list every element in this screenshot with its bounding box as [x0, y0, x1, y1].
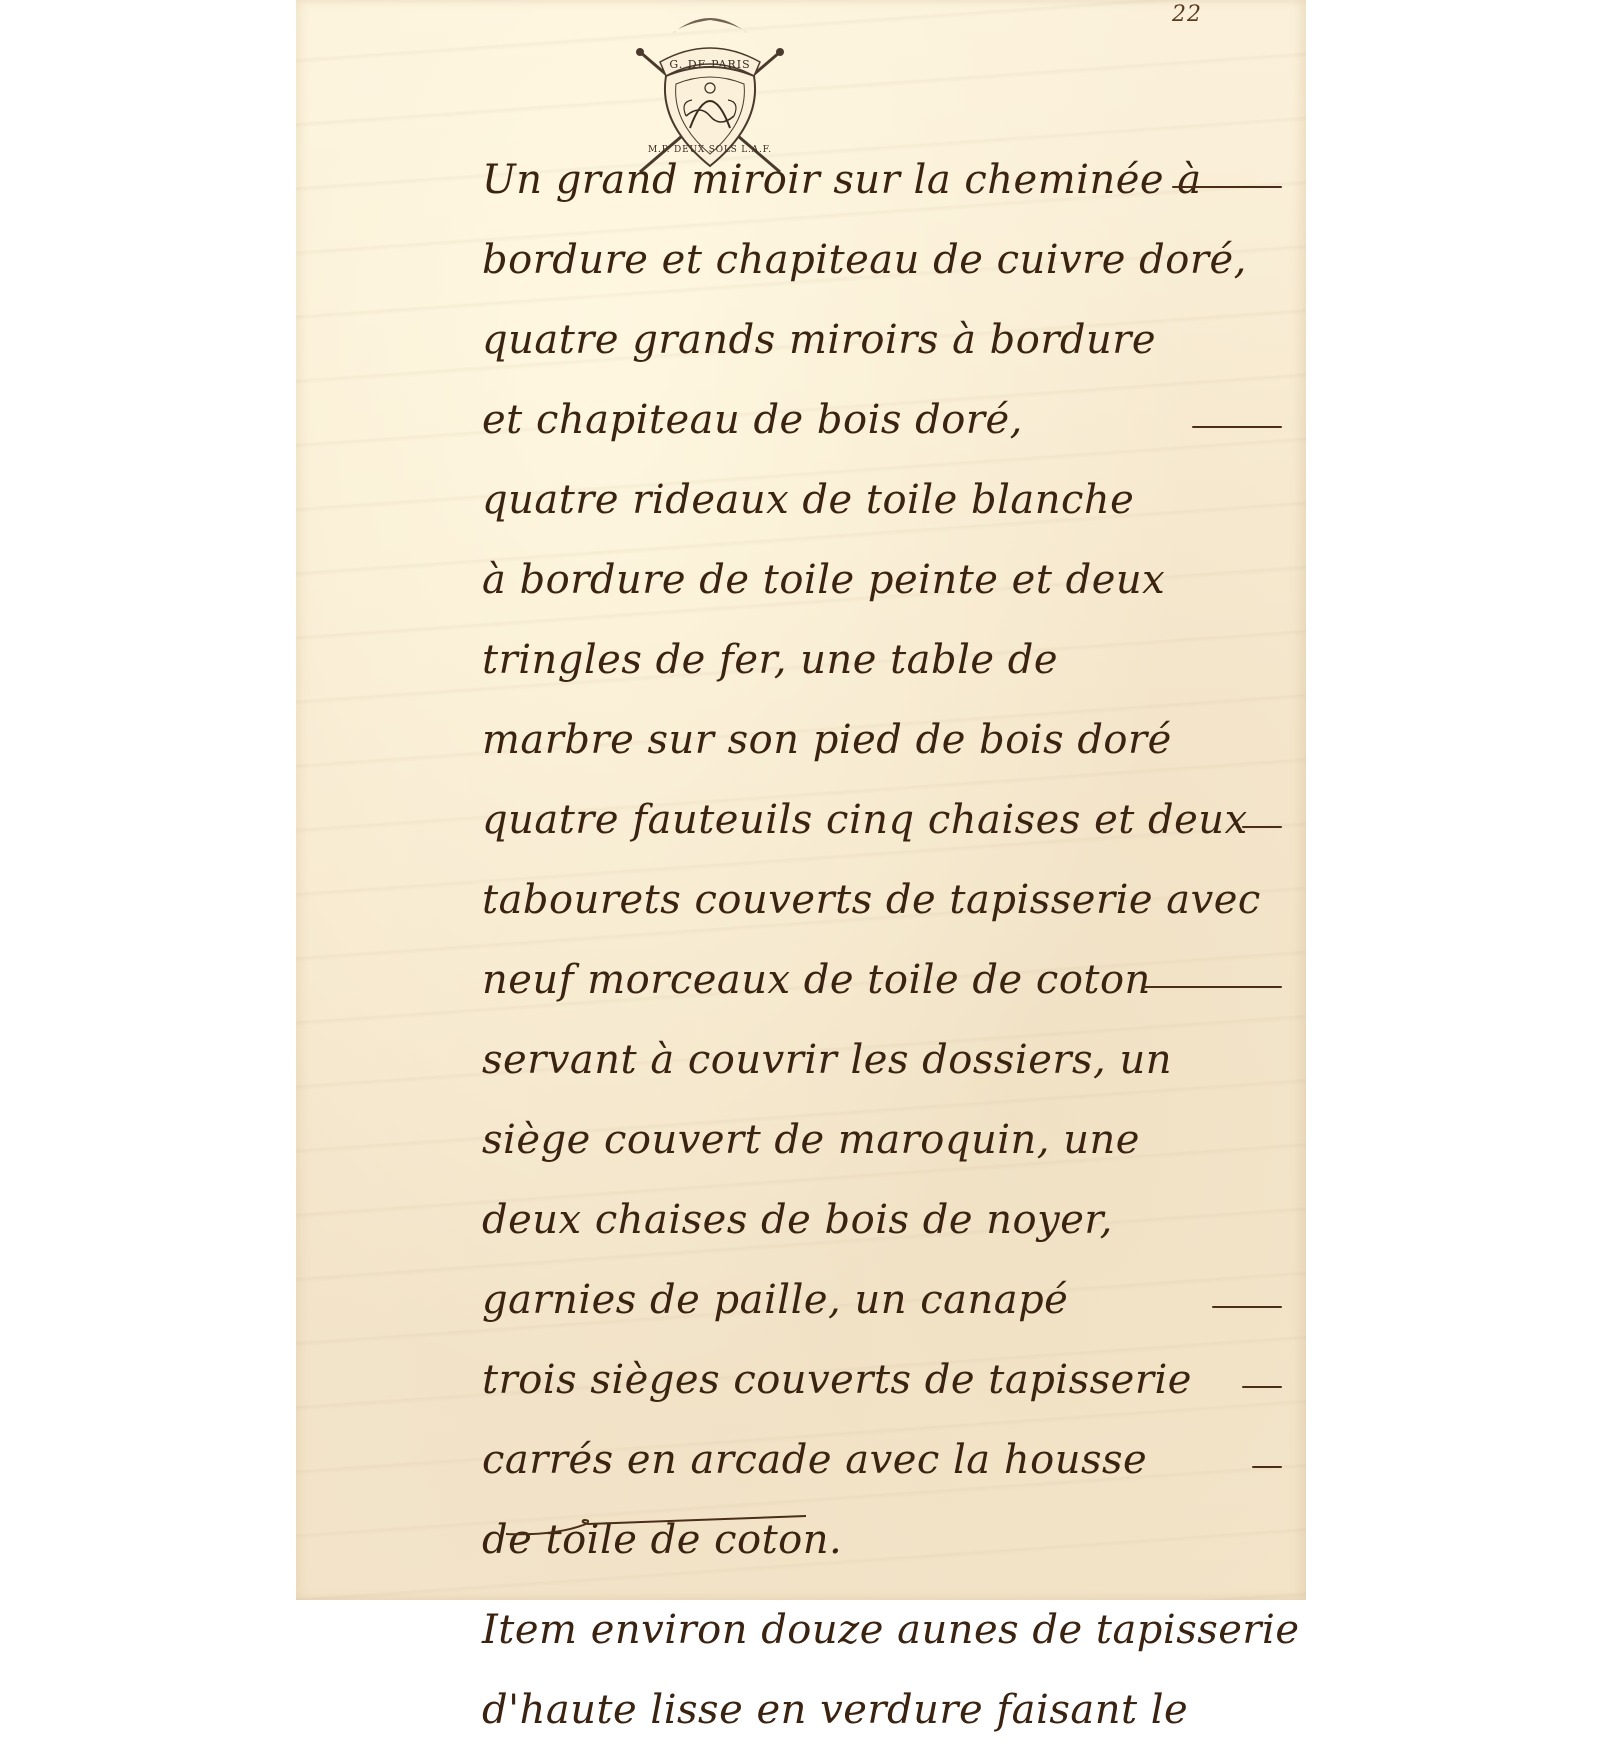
- manuscript-body: Un grand miroir sur la cheminée à bordur…: [482, 150, 1282, 1600]
- manuscript-line: trois sièges couverts de tapisserie: [482, 1350, 1282, 1430]
- manuscript-line: Un grand miroir sur la cheminée à: [482, 150, 1282, 230]
- manuscript-line: à bordure de toile peinte et deux: [482, 550, 1282, 630]
- manuscript-line: tabourets couverts de tapisserie avec: [482, 870, 1282, 950]
- manuscript-line: quatre grands miroirs à bordure: [482, 310, 1282, 390]
- manuscript-line: neuf morceaux de toile de coton: [482, 950, 1282, 1030]
- manuscript-line: bordure et chapiteau de cuivre doré,: [482, 230, 1282, 310]
- manuscript-line: carrés en arcade avec la housse: [482, 1430, 1282, 1510]
- manuscript-line: tringles de fer, une table de: [482, 630, 1282, 710]
- manuscript-line: garnies de paille, un canapé: [482, 1270, 1282, 1350]
- manuscript-line: marbre sur son pied de bois doré: [482, 710, 1282, 790]
- folio-number: 22: [1172, 2, 1202, 27]
- manuscript-page: G. DE PARIS M.P. DEUX SOLS L.A.F. 22 Un …: [296, 0, 1306, 1600]
- manuscript-line: servant à couvrir les dossiers, un: [482, 1030, 1282, 1110]
- closing-flourish-line: [496, 1510, 816, 1540]
- manuscript-line: et chapiteau de bois doré,: [482, 390, 1282, 470]
- manuscript-line: deux chaises de bois de noyer,: [482, 1190, 1282, 1270]
- manuscript-line: quatre fauteuils cinq chaises et deux: [482, 790, 1282, 870]
- manuscript-line: siège couvert de maroquin, une: [482, 1110, 1282, 1190]
- manuscript-line: quatre rideaux de toile blanche: [482, 470, 1282, 550]
